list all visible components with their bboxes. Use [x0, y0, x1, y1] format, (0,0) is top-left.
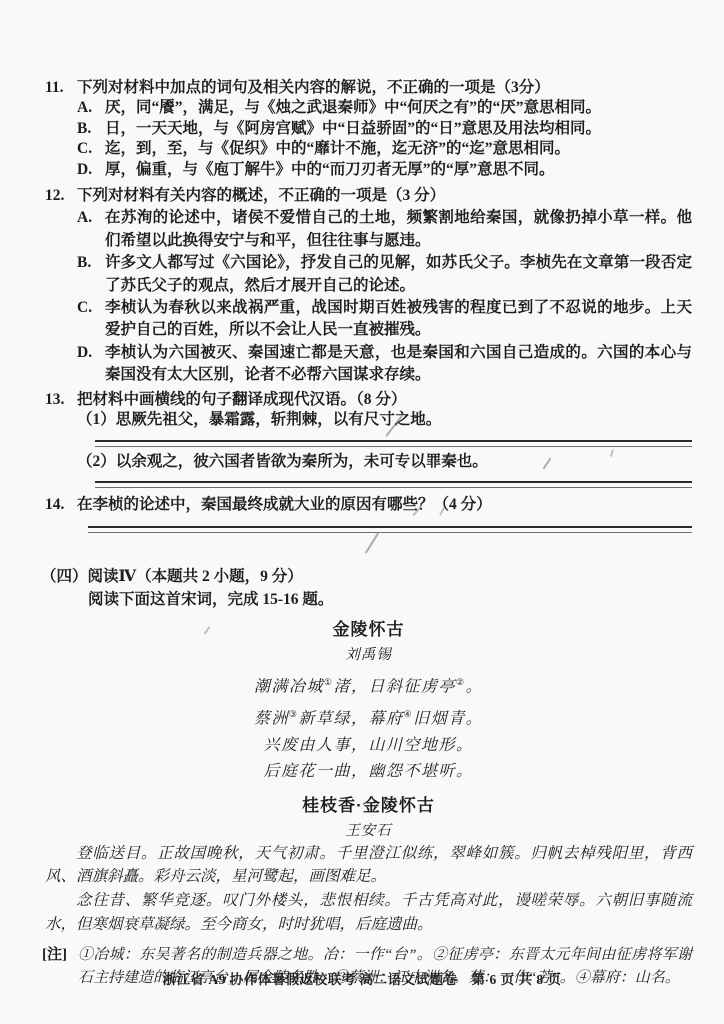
section-4-header: （四）阅读Ⅳ（本题共 2 小题，9 分） — [41, 566, 692, 587]
poem1-line-2: 蔡洲③新草绿，幕府④旧烟青。 — [45, 701, 692, 733]
question-13-number: 13. — [45, 390, 77, 410]
question-12-stem: 下列对材料有关内容的概述，不正确的一项是（3 分） — [77, 185, 692, 207]
footnote-marker: ④ — [404, 709, 414, 719]
question-13: 13. 把材料中画横线的句子翻译成现代汉语。（8 分） （1）思厥先祖父，暴霜露… — [45, 390, 692, 493]
option-label: C. — [77, 297, 105, 319]
question-12: 12. 下列对材料有关内容的概述，不正确的一项是（3 分） A. 在苏洵的论述中… — [45, 185, 692, 387]
question-11-stem: 下列对材料中加点的词句及相关内容的解说，不正确的一项是（3分） — [77, 78, 692, 98]
question-12-option-b: B. 许多文人都写过《六国论》，抒发自己的见解，如苏氏父子。李桢先在文章第一段否… — [77, 252, 692, 297]
poem2-author: 王安石 — [45, 821, 692, 841]
poem2-title: 桂枝香·金陵怀古 — [45, 795, 692, 817]
page-content: 11. 下列对材料中加点的词句及相关内容的解说，不正确的一项是（3分） A. 厌… — [0, 0, 724, 990]
question-14: 14. 在李桢的论述中，秦国最终成就大业的原因有哪些？（4 分） — [45, 495, 692, 538]
question-13-sub1: （1）思厥先祖父，暴霜露，斩荆棘，以有尺寸之地。 — [77, 410, 692, 430]
answer-line — [88, 526, 692, 533]
question-13-body: 把材料中画横线的句子翻译成现代汉语。（8 分） （1）思厥先祖父，暴霜露，斩荆棘… — [77, 390, 692, 493]
poem1-line-1: 潮满冶城①渚，日斜征虏亭②。 — [45, 669, 692, 701]
verse-text: 潮满冶城 — [254, 679, 324, 696]
poem1-author: 刘禹锡 — [45, 645, 692, 665]
question-11: 11. 下列对材料中加点的词句及相关内容的解说，不正确的一项是（3分） A. 厌… — [45, 78, 692, 180]
poem2-stanza-2: 念往昔、繁华竞逐。叹门外楼头，悲恨相续。千古凭高对此，谩嗟荣辱。六朝旧事随流水，… — [45, 889, 692, 935]
option-label: D. — [77, 160, 105, 180]
option-label: C. — [77, 139, 105, 159]
question-11-body: 下列对材料中加点的词句及相关内容的解说，不正确的一项是（3分） A. 厌，同“餍… — [77, 78, 692, 180]
verse-text: 。 — [466, 679, 484, 696]
question-12-number: 12. — [45, 185, 77, 207]
section-4-intro: 阅读下面这首宋词，完成 15-16 题。 — [88, 589, 692, 610]
verse-text: 蔡洲 — [254, 710, 289, 727]
question-14-number: 14. — [45, 495, 77, 515]
option-text: 许多文人都写过《六国论》，抒发自己的见解，如苏氏父子。李桢先在文章第一段否定了苏… — [105, 252, 692, 297]
question-12-option-a: A. 在苏洵的论述中，诸侯不爱惜自己的土地，频繁割地给秦国，就像扔掉小草一样。他… — [77, 207, 692, 252]
option-text: 迄，到，至，与《促织》中的“靡计不施，迄无济”的“迄”意思相同。 — [105, 139, 692, 159]
question-12-body: 下列对材料有关内容的概述，不正确的一项是（3 分） A. 在苏洵的论述中，诸侯不… — [77, 185, 692, 387]
page-footer: 浙江省 A9 协作体暑假返校联考 高二语文试题卷 第 6 页 共 8 页 — [0, 968, 724, 988]
option-label: A. — [77, 98, 105, 118]
exam-page: 11. 下列对材料中加点的词句及相关内容的解说，不正确的一项是（3分） A. 厌… — [0, 0, 724, 1024]
option-label: B. — [77, 252, 105, 274]
option-text: 李桢认为六国被灭、秦国速亡都是天意，也是秦国和六国自己造成的。六国的本心与秦国没… — [105, 342, 692, 387]
verse-text: 新草绿，幕府 — [298, 710, 403, 727]
option-text: 在苏洵的论述中，诸侯不爱惜自己的土地，频繁割地给秦国，就像扔掉小草一样。他们希望… — [105, 207, 692, 252]
option-text: 厌，同“餍”，满足，与《烛之武退秦师》中“何厌之有”的“厌”意思相同。 — [105, 98, 692, 118]
poem1-lines: 潮满冶城①渚，日斜征虏亭②。 蔡洲③新草绿，幕府④旧烟青。 兴废由人事，山川空地… — [45, 669, 692, 786]
question-11-option-c: C. 迄，到，至，与《促织》中的“靡计不施，迄无济”的“迄”意思相同。 — [77, 139, 692, 159]
question-11-option-d: D. 厚，偏重，与《庖丁解牛》中的“而刀刃者无厚”的“厚”意思不同。 — [77, 160, 692, 180]
question-13-sub2: （2）以余观之，彼六国者皆欲为秦所为，未可专以罪秦也。 — [77, 452, 692, 472]
question-11-option-b: B. 日，一天天地，与《阿房宫赋》中“日益骄固”的“日”意思及用法均相同。 — [77, 119, 692, 139]
question-14-stem: 在李桢的论述中，秦国最终成就大业的原因有哪些？（4 分） — [77, 495, 692, 515]
verse-text: 旧烟青。 — [413, 710, 483, 727]
option-text: 厚，偏重，与《庖丁解牛》中的“而刀刃者无厚”的“厚”意思不同。 — [105, 160, 692, 180]
answer-line — [95, 440, 692, 447]
question-13-stem: 把材料中画横线的句子翻译成现代汉语。（8 分） — [77, 390, 692, 410]
poem1-line-4: 后庭花一曲，幽怨不堪听。 — [45, 759, 692, 786]
footnote-marker: ② — [456, 677, 466, 687]
question-12-option-c: C. 李桢认为春秋以来战祸严重，战国时期百姓被残害的程度已到了不忍说的地步。上天… — [77, 297, 692, 342]
option-label: A. — [77, 207, 105, 229]
answer-line — [95, 481, 692, 488]
footnotes-label: [注] — [42, 944, 78, 967]
option-label: D. — [77, 342, 105, 364]
poem1-title: 金陵怀古 — [45, 619, 692, 641]
option-label: B. — [77, 119, 105, 139]
question-11-number: 11. — [45, 78, 77, 98]
question-11-option-a: A. 厌，同“餍”，满足，与《烛之武退秦师》中“何厌之有”的“厌”意思相同。 — [77, 98, 692, 118]
option-text: 日，一天天地，与《阿房宫赋》中“日益骄固”的“日”意思及用法均相同。 — [105, 119, 692, 139]
poem2-stanza-1: 登临送目。正故国晚秋，天气初肃。千里澄江似练，翠峰如簇。归帆去棹残阳里，背西风、… — [45, 842, 692, 888]
poem1-line-3: 兴废由人事，山川空地形。 — [45, 733, 692, 760]
question-14-body: 在李桢的论述中，秦国最终成就大业的原因有哪些？（4 分） — [77, 495, 692, 538]
option-text: 李桢认为春秋以来战祸严重，战国时期百姓被残害的程度已到了不忍说的地步。上天爱护自… — [105, 297, 692, 342]
question-12-option-d: D. 李桢认为六国被灭、秦国速亡都是天意，也是秦国和六国自己造成的。六国的本心与… — [77, 342, 692, 387]
verse-text: 渚，日斜征虏亭 — [333, 679, 456, 696]
